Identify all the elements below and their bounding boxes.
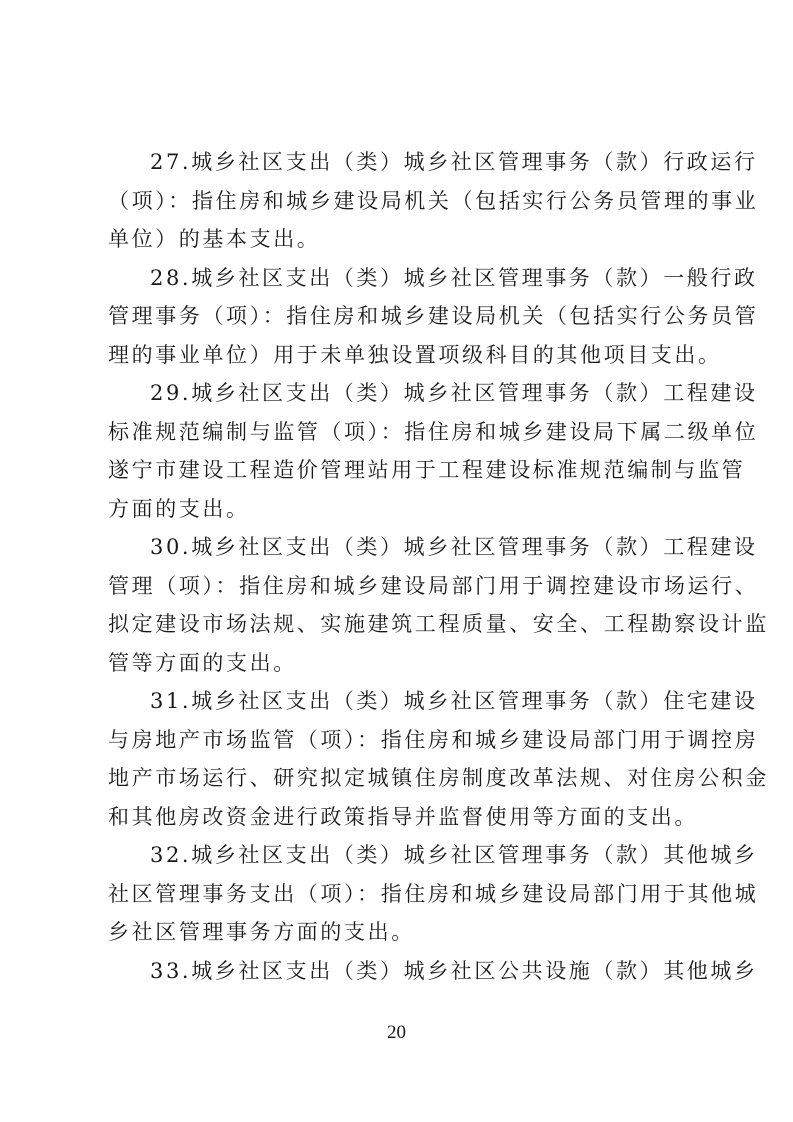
text-line: 遂宁市建设工程造价管理站用于工程建设标准规范编制与监管 [108, 451, 693, 490]
text-line: 管理（项）：指住房和城乡建设局部门用于调控建设市场运行、 [108, 567, 693, 606]
text-line: 方面的支出。 [108, 490, 693, 529]
text-line: 和其他房改资金进行政策指导并监督使用等方面的支出。 [108, 798, 693, 837]
page-number: 20 [0, 1022, 793, 1044]
paragraph-29: 29.城乡社区支出（类）城乡社区管理事务（款）工程建设 标准规范编制与监管（项）… [108, 374, 693, 528]
text-line: 29.城乡社区支出（类）城乡社区管理事务（款）工程建设 [108, 374, 693, 413]
text-line: 理的事业单位）用于未单独设置项级科目的其他项目支出。 [108, 336, 693, 375]
text-line: 乡社区管理事务方面的支出。 [108, 913, 693, 952]
text-line: 与房地产市场监管（项）：指住房和城乡建设局部门用于调控房 [108, 721, 693, 760]
text-line: 管理事务（项）：指住房和城乡建设局机关（包括实行公务员管 [108, 297, 693, 336]
document-page: 27.城乡社区支出（类）城乡社区管理事务（款）行政运行 （项）：指住房和城乡建设… [108, 143, 693, 990]
text-line: 标准规范编制与监管（项）：指住房和城乡建设局下属二级单位 [108, 413, 693, 452]
text-line: 管等方面的支出。 [108, 644, 693, 683]
text-line: 地产市场运行、研究拟定城镇住房制度改革法规、对住房公积金 [108, 759, 693, 798]
paragraph-31: 31.城乡社区支出（类）城乡社区管理事务（款）住宅建设 与房地产市场监管（项）：… [108, 682, 693, 836]
text-line: （项）：指住房和城乡建设局机关（包括实行公务员管理的事业 [108, 182, 693, 221]
text-line: 33.城乡社区支出（类）城乡社区公共设施（款）其他城乡 [108, 952, 693, 991]
paragraph-27: 27.城乡社区支出（类）城乡社区管理事务（款）行政运行 （项）：指住房和城乡建设… [108, 143, 693, 259]
paragraph-32: 32.城乡社区支出（类）城乡社区管理事务（款）其他城乡 社区管理事务支出（项）：… [108, 836, 693, 952]
paragraph-33: 33.城乡社区支出（类）城乡社区公共设施（款）其他城乡 [108, 952, 693, 991]
text-line: 30.城乡社区支出（类）城乡社区管理事务（款）工程建设 [108, 528, 693, 567]
text-line: 31.城乡社区支出（类）城乡社区管理事务（款）住宅建设 [108, 682, 693, 721]
text-line: 拟定建设市场法规、实施建筑工程质量、安全、工程勘察设计监 [108, 605, 693, 644]
paragraph-28: 28.城乡社区支出（类）城乡社区管理事务（款）一般行政 管理事务（项）：指住房和… [108, 259, 693, 375]
text-line: 单位）的基本支出。 [108, 220, 693, 259]
text-line: 32.城乡社区支出（类）城乡社区管理事务（款）其他城乡 [108, 836, 693, 875]
text-line: 27.城乡社区支出（类）城乡社区管理事务（款）行政运行 [108, 143, 693, 182]
text-line: 社区管理事务支出（项）：指住房和城乡建设局部门用于其他城 [108, 875, 693, 914]
paragraph-30: 30.城乡社区支出（类）城乡社区管理事务（款）工程建设 管理（项）：指住房和城乡… [108, 528, 693, 682]
text-line: 28.城乡社区支出（类）城乡社区管理事务（款）一般行政 [108, 259, 693, 298]
